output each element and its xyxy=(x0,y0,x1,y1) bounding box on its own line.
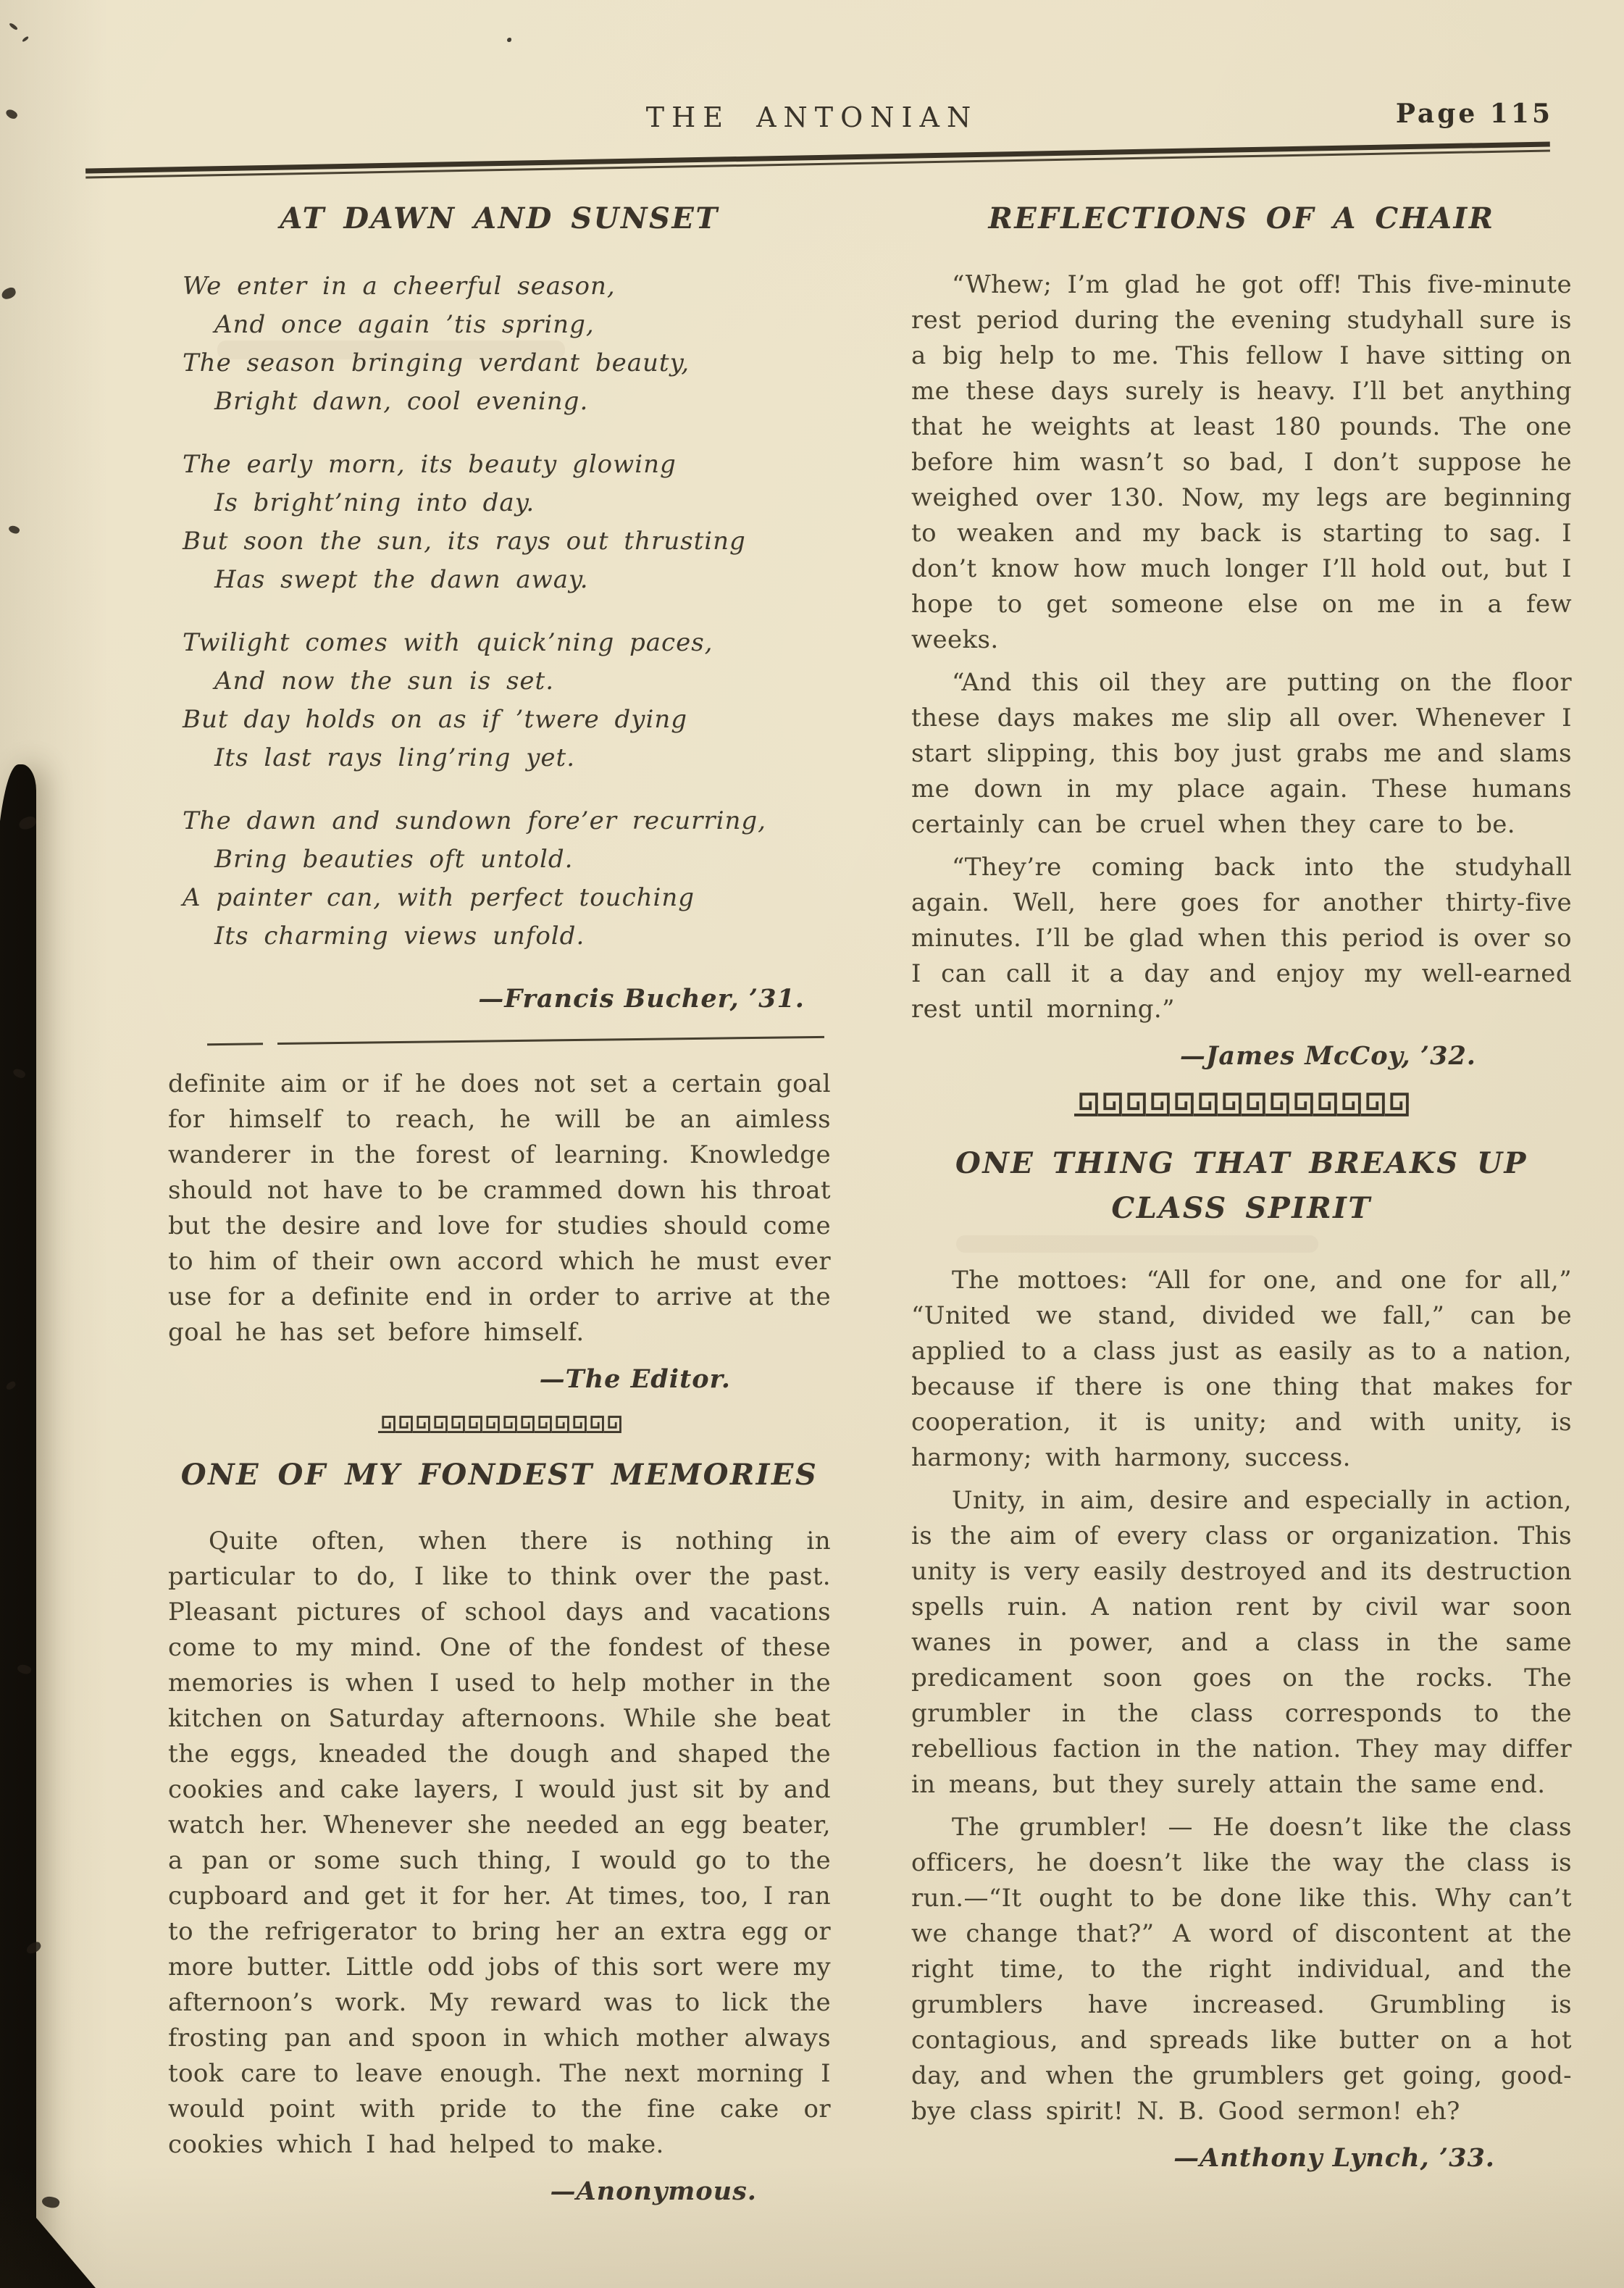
poem-at-dawn-and-sunset: We enter in a cheerful season, And once … xyxy=(168,267,831,956)
class-spirit-title-line-2: CLASS SPIRIT xyxy=(911,1186,1572,1231)
scan-artifact xyxy=(17,1663,33,1676)
chair-paragraph-1: “Whew; I’m glad he got off! This five-mi… xyxy=(911,267,1572,658)
scan-artifact xyxy=(41,2195,60,2210)
poem-stanza: The dawn and sundown fore’er recurring, … xyxy=(183,802,831,956)
scan-artifact xyxy=(22,36,29,42)
scan-artifact xyxy=(507,38,511,42)
chair-paragraph-2: “And this oil they are putting on the fl… xyxy=(911,665,1572,843)
poem-line: We enter in a cheerful season, xyxy=(183,267,831,306)
poem-title: AT DAWN AND SUNSET xyxy=(168,201,831,235)
page-number: Page 115 xyxy=(1396,99,1553,129)
left-column: AT DAWN AND SUNSET We enter in a cheerfu… xyxy=(168,197,831,2218)
scan-artifact xyxy=(12,1066,26,1080)
scan-artifact xyxy=(25,1940,43,1955)
memories-attribution: —Anonymous. xyxy=(168,2173,831,2210)
poem-stanza: The early morn, its beauty glowing Is br… xyxy=(183,446,831,599)
memories-paragraph: Quite often, when there is nothing in pa… xyxy=(168,1524,831,2163)
chair-paragraph-3: “They’re coming back into the studyhall … xyxy=(911,850,1572,1027)
poem-stanza: We enter in a cheerful season, And once … xyxy=(183,267,831,421)
scan-artifact xyxy=(0,286,17,301)
poem-stanza: Twilight comes with quick’ning paces, An… xyxy=(183,624,831,777)
memories-title: ONE OF MY FONDEST MEMORIES xyxy=(168,1458,831,1492)
right-column: REFLECTIONS OF A CHAIR “Whew; I’m glad h… xyxy=(911,197,1572,2184)
poem-line: Bright dawn, cool evening. xyxy=(183,383,831,421)
poem-line: And once again ’tis spring, xyxy=(183,306,831,344)
poem-line: Twilight comes with quick’ning paces, xyxy=(183,624,831,662)
poem-line: Bring beauties oft untold. xyxy=(183,840,831,879)
poem-line: Has swept the dawn away. xyxy=(183,561,831,599)
publication-title: THE ANTONIAN xyxy=(0,101,1624,133)
poem-line: The early morn, its beauty glowing xyxy=(183,446,831,484)
poem-line: A painter can, with perfect touching xyxy=(183,879,831,917)
poem-line: The season bringing verdant beauty, xyxy=(183,344,831,383)
poem-line: Is bright’ning into day. xyxy=(183,484,831,522)
poem-line: The dawn and sundown fore’er recurring, xyxy=(183,802,831,840)
poem-line: Its last rays ling’ring yet. xyxy=(183,739,831,777)
poem-line: But soon the sun, its rays out thrusting xyxy=(183,522,831,561)
class-spirit-paragraph-1: The mottoes: “All for one, and one for a… xyxy=(911,1263,1572,1476)
greek-key-ornament xyxy=(168,1416,831,1436)
scan-artifact xyxy=(9,22,18,30)
class-spirit-paragraph-2: Unity, in aim, desire and especially in … xyxy=(911,1483,1572,1803)
scan-artifact xyxy=(8,524,21,535)
magazine-page: THE ANTONIAN Page 115 AT DAWN AND SUNSET… xyxy=(0,0,1624,2288)
class-spirit-attribution: —Anthony Lynch, ’33. xyxy=(911,2139,1572,2177)
scan-artifact xyxy=(5,1380,17,1391)
greek-key-ornament xyxy=(911,1093,1572,1119)
class-spirit-title-line-1: ONE THING THAT BREAKS UP xyxy=(911,1141,1572,1186)
class-spirit-paragraph-3: The grumbler! — He doesn’t like the clas… xyxy=(911,1810,1572,2129)
poem-attribution: —Francis Bucher, ’31. xyxy=(168,980,831,1018)
scan-edge-shadow xyxy=(0,764,36,2288)
scan-corner-shadow xyxy=(0,2203,96,2288)
poem-line: But day holds on as if ’twere dying xyxy=(183,701,831,739)
editor-note-attribution: —The Editor. xyxy=(168,1361,831,1398)
class-spirit-title: ONE THING THAT BREAKS UP CLASS SPIRIT xyxy=(911,1141,1572,1231)
header-rule xyxy=(85,141,1550,178)
chair-title: REFLECTIONS OF A CHAIR xyxy=(911,201,1572,235)
poem-line: Its charming views unfold. xyxy=(183,917,831,956)
poem-line: And now the sun is set. xyxy=(183,662,831,701)
editor-note-paragraph: definite aim or if he does not set a cer… xyxy=(168,1066,831,1350)
scan-artifact xyxy=(17,815,37,831)
chair-attribution: —James McCoy, ’32. xyxy=(911,1037,1572,1075)
section-divider-rule xyxy=(207,1036,826,1045)
